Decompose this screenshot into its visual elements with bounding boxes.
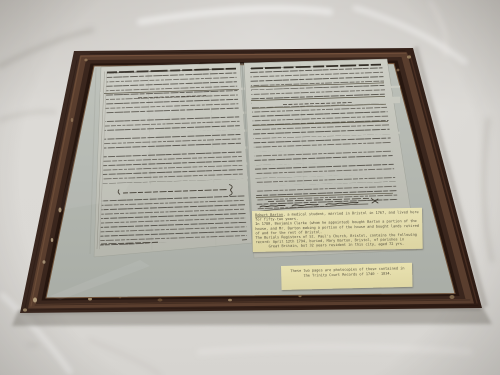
photo-scene: [0, 0, 500, 375]
typed-caption-large: Robert Barton, a medical student, marrie…: [252, 208, 423, 252]
typed-caption-small: These two pages are photocopies of those…: [281, 263, 413, 290]
photo-vignette: [0, 0, 500, 375]
photograph-of-framed-document: Robert Barton, a medical student, marrie…: [0, 0, 500, 375]
